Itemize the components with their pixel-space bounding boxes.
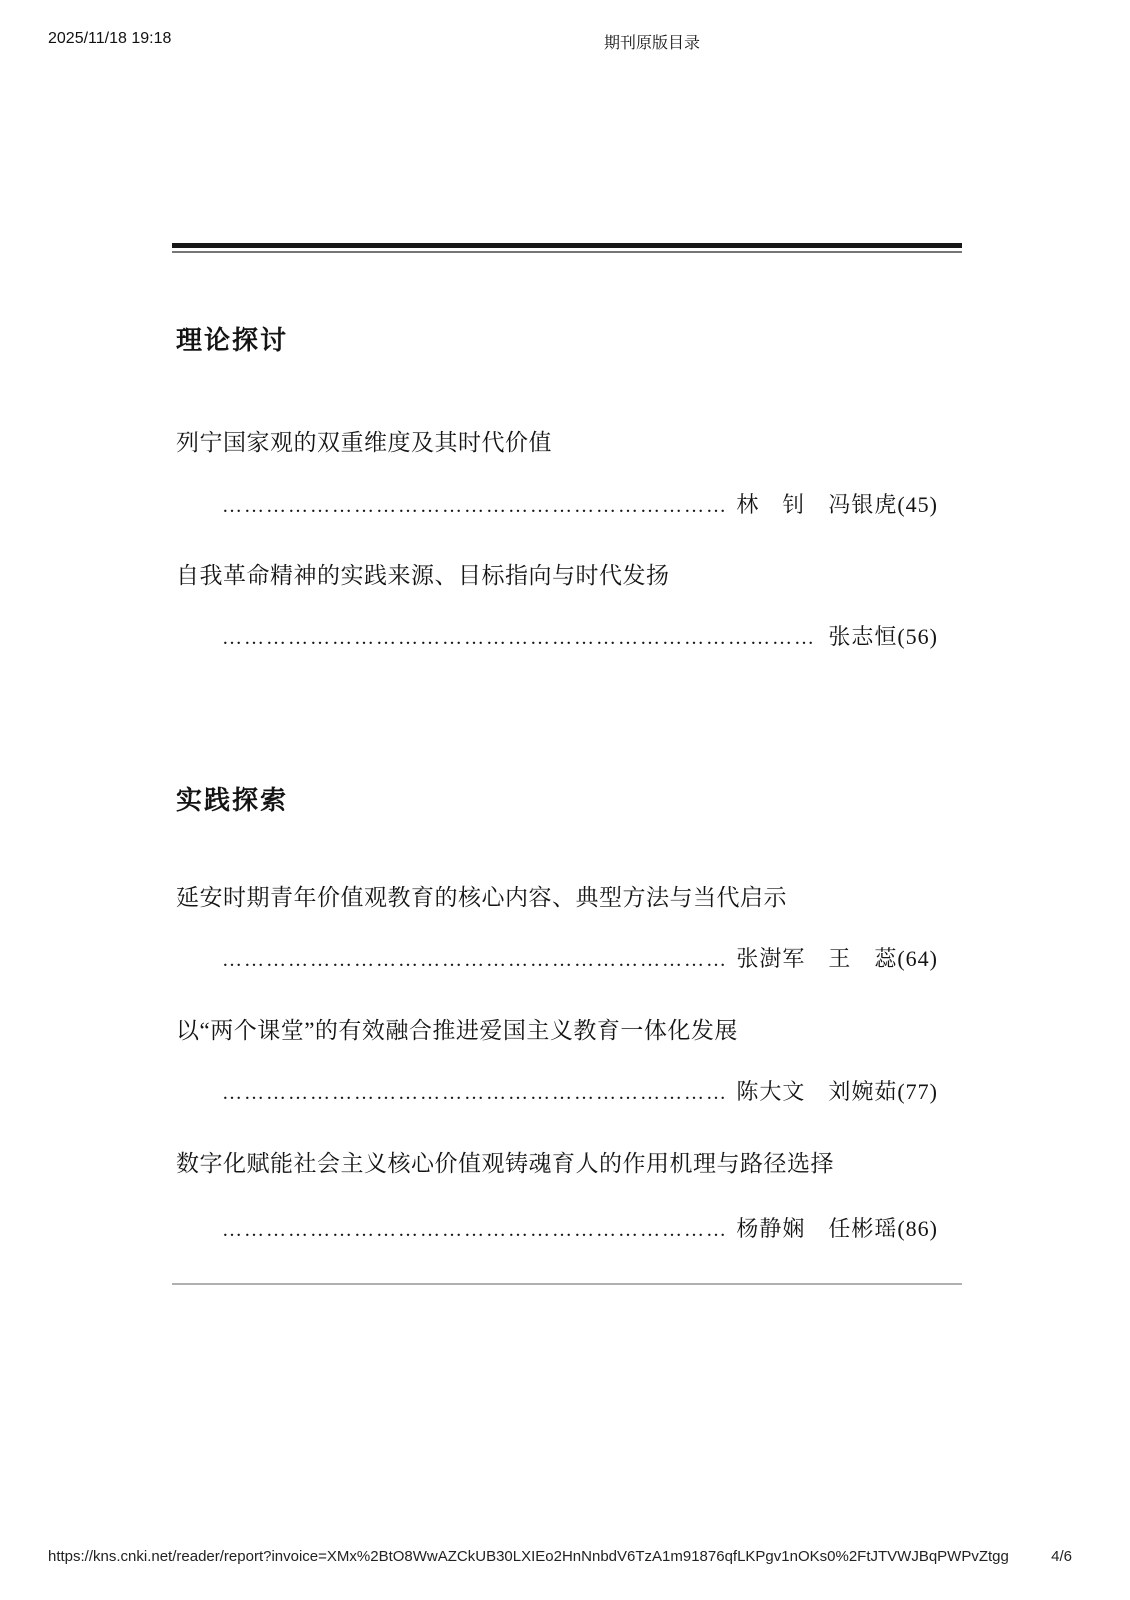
leader-dots: [222, 495, 724, 518]
print-header-datetime: 2025/11/18 19:18: [48, 30, 171, 48]
leader-dots: [222, 1082, 724, 1105]
top-rule-thin-line: [172, 251, 962, 253]
toc-leader-row: 杨静娴 任彬瑶(86): [222, 1212, 938, 1243]
toc-leader-row: 陈大文 刘婉茹(77): [222, 1075, 938, 1106]
leader-dots: [222, 1219, 724, 1242]
printed-toc-page: 2025/11/18 19:18 期刊原版目录 理论探讨 列宁国家观的双重维度及…: [0, 0, 1130, 1600]
leader-dots: [222, 949, 724, 972]
top-rule-thick-line: [172, 243, 962, 248]
article-authors: 陈大文 刘婉茹(77): [724, 1075, 938, 1106]
print-header-doc-title: 期刊原版目录: [604, 30, 700, 53]
article-authors: 杨静娴 任彬瑶(86): [724, 1212, 938, 1243]
article-title: 以“两个课堂”的有效融合推进爱国主义教育一体化发展: [176, 1012, 956, 1045]
section-heading-practice: 实践探索: [176, 780, 288, 817]
print-footer-page-indicator: 4/6: [1051, 1548, 1072, 1565]
article-authors: 张澍军 王 蕊(64): [724, 942, 938, 973]
toc-leader-row: 张澍军 王 蕊(64): [222, 942, 938, 973]
article-authors: 林 钊 冯银虎(45): [724, 488, 938, 519]
article-title: 自我革命精神的实践来源、目标指向与时代发扬: [176, 557, 956, 590]
article-title: 延安时期青年价值观教育的核心内容、典型方法与当代启示: [176, 879, 956, 912]
bottom-rule: [172, 1283, 962, 1285]
article-authors: 张志恒(56): [816, 620, 938, 651]
article-title: 列宁国家观的双重维度及其时代价值: [176, 424, 956, 457]
toc-leader-row: 林 钊 冯银虎(45): [222, 488, 938, 519]
toc-leader-row: 张志恒(56): [222, 620, 938, 651]
article-title: 数字化赋能社会主义核心价值观铸魂育人的作用机理与路径选择: [176, 1145, 956, 1178]
print-footer-url: https://kns.cnki.net/reader/report?invoi…: [48, 1548, 1008, 1565]
section-heading-theory: 理论探讨: [176, 320, 288, 357]
leader-dots: [222, 627, 816, 650]
top-double-rule: [172, 243, 962, 253]
